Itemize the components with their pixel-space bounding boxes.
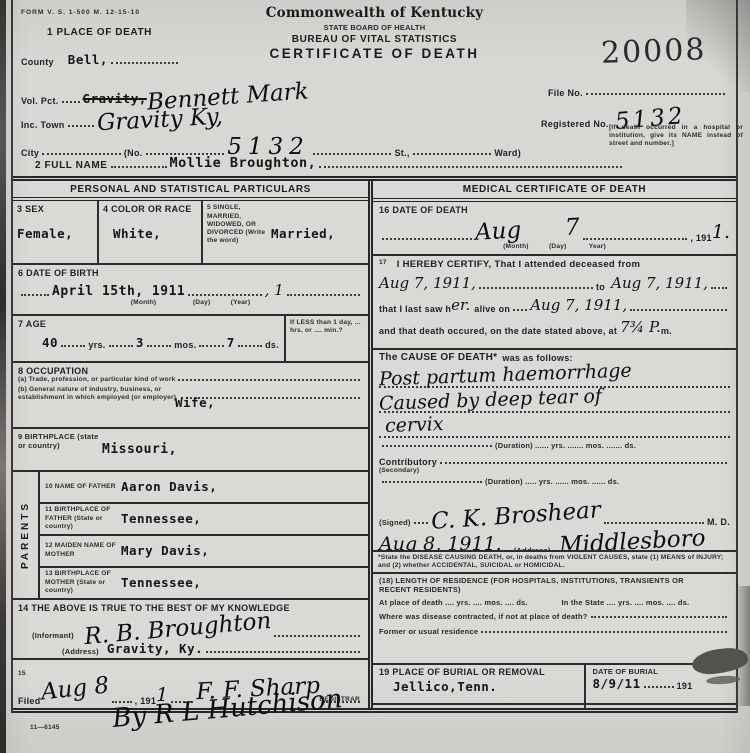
inc-town-line: Inc. Town Gravity Ky,	[21, 104, 341, 130]
leader	[630, 309, 727, 311]
dob-sublabels: (Month) (Day) (Year)	[18, 299, 363, 307]
dob-stray-mark: , 1	[265, 281, 284, 299]
date-of-death-label: 16 DATE OF DEATH	[379, 205, 730, 215]
leader	[188, 294, 261, 296]
leader	[440, 462, 727, 464]
footnote-block: *State the DISEASE CAUSING DEATH, or, in…	[373, 550, 736, 574]
leader	[591, 616, 727, 618]
age-cell: 7 AGE 40 yrs. 3 mos. 7 ds.	[13, 316, 284, 361]
dob-row: 6 DATE OF BIRTH April 15th, 1911 , 1 (Mo…	[13, 265, 368, 316]
age-row: 7 AGE 40 yrs. 3 mos. 7 ds.	[13, 316, 368, 363]
certify-to-date: Aug 7, 1911,	[611, 274, 708, 292]
burial-date-year-printed: 191	[677, 681, 693, 691]
filed-date-handwritten: Aug 8	[39, 673, 109, 706]
certify-line1: I HEREBY CERTIFY, That I attended deceas…	[397, 259, 641, 270]
certify-line3-a: that I last saw h	[379, 304, 451, 314]
leader	[513, 309, 527, 311]
parents-rows: 10 NAME OF FATHER Aaron Davis, 11 BIRTHP…	[40, 472, 368, 598]
occupation-value: Wife,	[175, 395, 215, 410]
dob-value: April 15th, 1911	[52, 284, 185, 299]
residence-block: (18) LENGTH OF RESIDENCE (FOR HOSPITALS,…	[373, 574, 736, 665]
occupation-row: 8 OCCUPATION (a) Trade, profession, or p…	[13, 363, 368, 429]
father-name-value: Aaron Davis,	[121, 479, 217, 494]
county-value: Bell,	[68, 52, 108, 67]
age-less-note: If LESS than 1 day, ... hrs. or .... min…	[290, 319, 364, 335]
occupation-line-b: (b) General nature of industry, business…	[18, 386, 178, 402]
informant-label: (Informant)	[32, 631, 74, 640]
informant-row: 14 THE ABOVE IS TRUE TO THE BEST OF MY K…	[13, 600, 368, 660]
full-name-line: 2 FULL NAME Mollie Broughton,	[35, 155, 625, 171]
signed-block: (Signed) C. K. Broshear M. D. Aug 8, 191…	[373, 500, 736, 550]
leader	[586, 93, 725, 95]
father-name-row: 10 NAME OF FATHER Aaron Davis,	[40, 472, 368, 504]
mother-birthplace-value: Tennessee,	[121, 575, 201, 590]
leader	[287, 294, 360, 296]
cause-line-2: Caused by deep tear of	[379, 385, 603, 415]
parents-side-label: PARENTS	[20, 501, 31, 569]
age-days-value: 7	[227, 335, 235, 350]
dod-sublabels: (Month) (Day) Year)	[379, 243, 730, 251]
commonwealth-title: Commonwealth of Kentucky	[13, 5, 736, 21]
undertaker-row: 20 UNDERTAKER J.C.ELLISON FURN. CO. ADDR…	[373, 705, 736, 708]
undertaker-address-cell: ADDRESS MBORO,KY	[584, 705, 736, 708]
place-of-death-label: 1 PLACE OF DEATH	[47, 27, 152, 38]
death-certificate-scan: FORM V. S. 1-500 M. 12-15-10 Commonwealt…	[0, 0, 750, 753]
scan-edge-left	[0, 0, 6, 753]
cause-line-3: cervix	[385, 413, 444, 437]
leader	[319, 166, 622, 168]
contributory-label: Contributory	[379, 457, 437, 467]
medical-section-title: MEDICAL CERTIFICATE OF DEATH	[463, 184, 646, 195]
birthplace-value: Missouri,	[102, 442, 177, 467]
cause-duration-line: (Duration) ...... yrs. ....... mos. ....…	[495, 441, 636, 450]
county-label: County	[21, 57, 54, 67]
contributory-sublabel: (Secondary)	[379, 467, 730, 475]
mother-birthplace-label: 13 BIRTHPLACE OF MOTHER (State or countr…	[45, 570, 121, 595]
leader	[68, 125, 94, 127]
leader	[109, 345, 133, 347]
contributory-block: Contributory (Secondary) (Duration) ....…	[373, 456, 736, 500]
leader	[238, 345, 262, 347]
certify-line4-a: and that death occured, on the date stat…	[379, 326, 617, 336]
parents-side-strip: PARENTS	[13, 472, 40, 598]
cause-intro-a: The CAUSE OF DEATH*	[379, 352, 497, 363]
age-months-label: mos.	[174, 340, 196, 350]
mother-maiden-name-row: 12 MAIDEN NAME OF MOTHER Mary Davis,	[40, 536, 368, 568]
leader	[479, 287, 593, 289]
leader	[111, 62, 178, 64]
sex-color-marital-row: 3 SEX Female, 4 COLOR OR RACE White, 5 S…	[13, 201, 368, 265]
father-birthplace-row: 11 BIRTHPLACE OF FATHER (State or countr…	[40, 504, 368, 536]
birthplace-label: 9 BIRTHPLACE (state or country)	[18, 432, 102, 467]
full-name-value: Mollie Broughton,	[170, 155, 317, 171]
mother-birthplace-row: 13 BIRTHPLACE OF MOTHER (State or countr…	[40, 568, 368, 598]
leader	[382, 238, 472, 240]
parents-block: PARENTS 10 NAME OF FATHER Aaron Davis, 1…	[13, 472, 368, 600]
certificate-number-stamp: 20008	[600, 32, 707, 71]
md-label: M. D.	[707, 517, 730, 527]
file-no-line: File No.	[548, 88, 728, 98]
medical-section-header: MEDICAL CERTIFICATE OF DEATH	[373, 181, 736, 202]
birthplace-row: 9 BIRTHPLACE (state or country) Missouri…	[13, 429, 368, 472]
residence-at-place: At place of death .... yrs. .... mos. ..…	[379, 598, 562, 607]
cause-of-death-block: The CAUSE OF DEATH* was as follows: Post…	[373, 350, 736, 456]
residence-former: Former or usual residence	[379, 627, 478, 636]
burial-place-cell: 19 PLACE OF BURIAL OR REMOVAL Jellico,Te…	[373, 665, 584, 703]
personal-section-title: PERSONAL AND STATISTICAL PARTICULARS	[70, 184, 311, 195]
footnote-text: *State the DISEASE CAUSING DEATH, or, in…	[378, 554, 731, 570]
full-name-label: 2 FULL NAME	[35, 160, 108, 171]
certify-last-seen-date: Aug 7, 1911,	[530, 296, 627, 314]
leader	[274, 635, 360, 637]
father-birthplace-label: 11 BIRTHPLACE OF FATHER (State or countr…	[45, 506, 121, 531]
certify-from-date: Aug 7, 1911,	[379, 274, 476, 292]
filed-label: Filed	[18, 696, 41, 706]
certify-line4-b: m.	[661, 326, 672, 336]
physician-address-handwritten: Middlesboro	[558, 525, 706, 550]
color-label: 4 COLOR OR RACE	[103, 204, 197, 214]
age-days-label: ds.	[265, 340, 279, 350]
leader	[62, 101, 80, 103]
undertaker-address-label: ADDRESS	[592, 706, 730, 708]
print-code: 11—6145	[30, 724, 60, 732]
undertaker-label: 20 UNDERTAKER	[379, 706, 578, 708]
personal-column: PERSONAL AND STATISTICAL PARTICULARS 3 S…	[13, 181, 373, 708]
leader	[382, 445, 492, 447]
leader	[711, 287, 727, 289]
informant-section-label: 14 THE ABOVE IS TRUE TO THE BEST OF MY K…	[18, 603, 363, 613]
hospital-note: [If death occurred in a hospital or inst…	[609, 124, 743, 149]
death-time-handwritten: 7¾ P.	[620, 318, 661, 336]
leader	[604, 522, 705, 524]
father-name-label: 10 NAME OF FATHER	[45, 483, 121, 491]
leader	[21, 294, 49, 296]
certificate-body: PERSONAL AND STATISTICAL PARTICULARS 3 S…	[13, 176, 736, 713]
age-months-value: 3	[136, 335, 144, 350]
leader	[199, 345, 223, 347]
age-label: 7 AGE	[18, 319, 279, 329]
occupation-label: 8 OCCUPATION	[18, 366, 363, 376]
age-years-value: 40	[42, 335, 58, 350]
residence-contracted: Where was disease contracted, if not at …	[379, 612, 588, 621]
sex-value: Female,	[17, 226, 93, 241]
age-less-than-day-cell: If LESS than 1 day, ... hrs. or .... min…	[284, 316, 368, 361]
dod-year-printed: , 191	[690, 233, 712, 243]
dod-year-handwritten: 1.	[712, 221, 730, 243]
burial-row: 19 PLACE OF BURIAL OR REMOVAL Jellico,Te…	[373, 665, 736, 705]
signed-date-handwritten: Aug 8, 1911.	[379, 533, 502, 550]
sex-cell: 3 SEX Female,	[13, 201, 99, 263]
dob-label: 6 DATE OF BIRTH	[18, 268, 363, 278]
certify-her-handwritten: er.	[451, 296, 470, 314]
leader	[481, 631, 727, 633]
occupation-line-a: (a) Trade, profession, or particular kin…	[18, 376, 175, 384]
color-cell: 4 COLOR OR RACE White,	[99, 201, 203, 263]
leader	[178, 379, 360, 381]
color-value: White,	[113, 226, 197, 241]
marital-cell: 5 SINGLE, MARRIED, WIDOWED, OR DIVORCED …	[203, 201, 368, 263]
certificate-header: FORM V. S. 1-500 M. 12-15-10 Commonwealt…	[13, 0, 736, 176]
file-no-label: File No.	[548, 88, 583, 98]
father-birthplace-value: Tennessee,	[121, 511, 201, 526]
mother-maiden-name-label: 12 MAIDEN NAME OF MOTHER	[45, 542, 121, 558]
residence-title: (18) LENGTH OF RESIDENCE (FOR HOSPITALS,…	[379, 576, 716, 594]
certificate-border: FORM V. S. 1-500 M. 12-15-10 Commonwealt…	[11, 0, 738, 713]
vol-pct-line: Vol. Pct. Gravity, Bennett Mark	[21, 80, 391, 106]
certify-item-number: 17	[379, 259, 387, 267]
inc-town-label: Inc. Town	[21, 120, 65, 130]
filed-item-number: 15	[18, 670, 26, 677]
leader	[206, 651, 360, 653]
burial-place-label: 19 PLACE OF BURIAL OR REMOVAL	[379, 667, 578, 677]
date-of-death-handwritten: Aug 7	[474, 214, 580, 245]
date-of-death-row: 16 DATE OF DEATH Aug 7 , 191 1. (Month) …	[373, 202, 736, 256]
residence-in-state: In the State .... yrs. .... mos. .... ds…	[562, 598, 690, 607]
undertaker-cell: 20 UNDERTAKER J.C.ELLISON FURN. CO.	[373, 705, 584, 708]
personal-section-header: PERSONAL AND STATISTICAL PARTICULARS	[13, 181, 368, 201]
age-years-label: yrs.	[88, 340, 105, 350]
burial-place-value: Jellico,Tenn.	[393, 679, 578, 694]
certify-to-label: to	[596, 282, 605, 292]
sex-label: 3 SEX	[17, 204, 93, 214]
signed-label: (Signed)	[379, 518, 411, 527]
mother-maiden-name-value: Mary Davis,	[121, 543, 209, 558]
medical-column: MEDICAL CERTIFICATE OF DEATH 16 DATE OF …	[373, 181, 736, 708]
leader	[147, 345, 171, 347]
leader	[644, 686, 674, 688]
marital-value: Married,	[271, 226, 335, 260]
burial-date-value: 8/9/11	[592, 676, 640, 691]
county-line: County Bell,	[21, 52, 351, 67]
leader	[111, 166, 167, 168]
registered-no-label: Registered No.	[541, 119, 609, 129]
contributory-duration-line: (Duration) ..... yrs. ...... mos. ......…	[485, 477, 619, 486]
leader	[382, 481, 482, 483]
leader	[583, 238, 688, 240]
leader	[61, 345, 85, 347]
leader	[414, 522, 428, 524]
marital-label: 5 SINGLE, MARRIED, WIDOWED, OR DIVORCED …	[207, 204, 271, 260]
certify-block: 17 I HEREBY CERTIFY, That I attended dec…	[373, 256, 736, 350]
certify-line3-b: alive on	[474, 304, 510, 314]
